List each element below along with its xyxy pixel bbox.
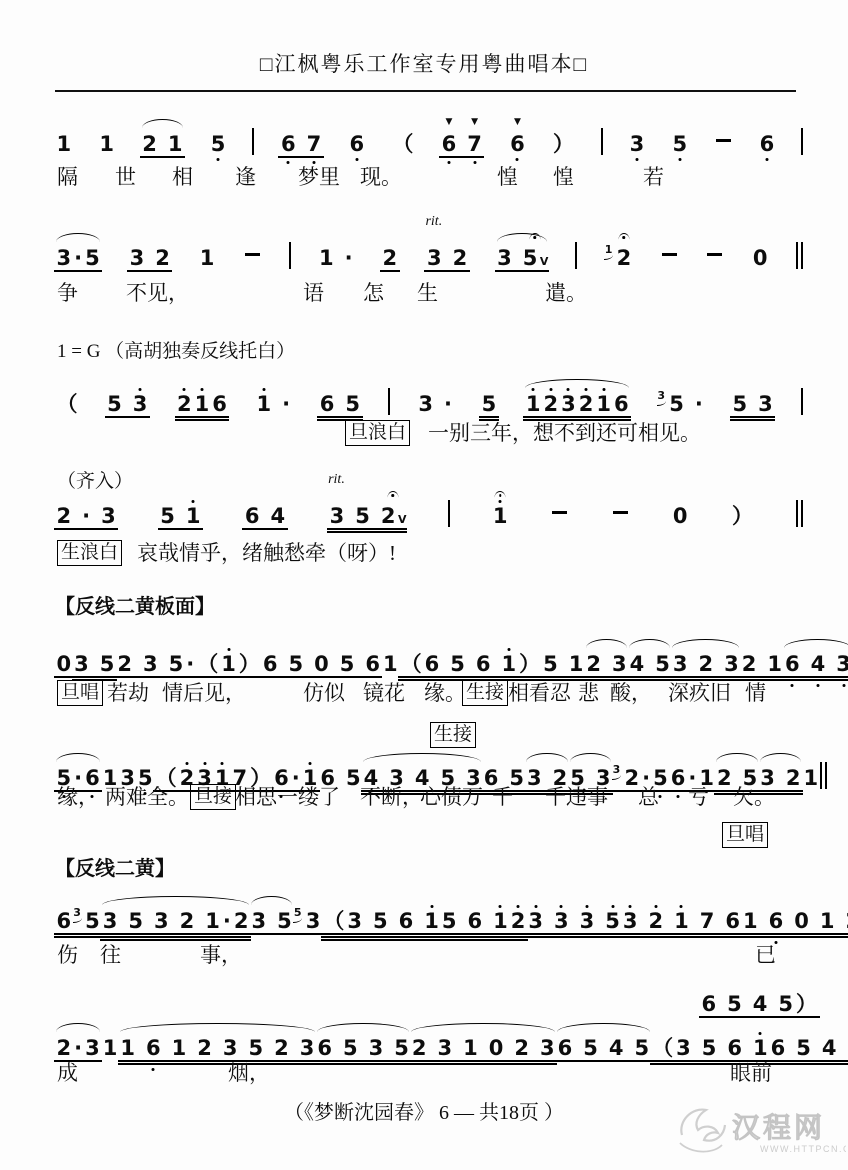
decor: 5: [354, 506, 372, 527]
note-char: 5V: [521, 248, 548, 269]
decor: ·: [442, 394, 453, 415]
lyric: 哀哉情乎，绪触愁牵（呀）!: [137, 540, 396, 566]
note-char: 5: [209, 134, 227, 155]
note-char: 2: [55, 1038, 73, 1059]
slur: [629, 639, 670, 648]
note-char: 3: [250, 911, 268, 932]
barline: [575, 242, 577, 269]
beam-line: [317, 416, 362, 418]
note-char: 6: [348, 134, 366, 155]
decor: 5: [521, 248, 539, 269]
beam-line: [620, 936, 742, 938]
decor: 3: [496, 248, 514, 269]
note-char: 6: [211, 394, 229, 415]
decor: ·: [221, 911, 232, 932]
decor: 1: [119, 1038, 137, 1059]
decor: 3: [142, 654, 160, 675]
decor: 6: [397, 911, 415, 932]
decor: 6: [474, 654, 492, 675]
beam-line: [72, 936, 103, 938]
music-token: [611, 502, 630, 527]
lyric: 欠。: [733, 784, 775, 810]
lyric: 心债万: [420, 784, 483, 810]
slur: [56, 753, 100, 762]
low-octave-dot: [635, 158, 638, 161]
lyric: 生: [417, 280, 438, 306]
decor: （: [55, 394, 79, 415]
watermark-logo-icon: 汉程网 WWW.HTTPCN.COM: [668, 1097, 846, 1161]
page-title: □江枫粤乐工作室专用粤曲唱本□: [0, 48, 848, 78]
note-char: 3: [142, 654, 160, 675]
slur: [557, 1023, 650, 1032]
note-char: 3: [153, 911, 171, 932]
beam-line: [100, 933, 251, 935]
note-char: 5: [542, 654, 560, 675]
decor: 5: [209, 134, 227, 155]
note-char: 2: [176, 394, 194, 415]
music-token: 1: [381, 650, 399, 675]
beam-line: [782, 676, 848, 678]
lyric: 往: [100, 942, 121, 968]
music-token: （6561）: [399, 650, 542, 675]
music-token: rit.352V: [328, 502, 406, 527]
lyric: 千: [492, 784, 513, 810]
note-char: 0: [671, 506, 689, 527]
decor: 2: [273, 1038, 291, 1059]
music-token: 123216: [524, 390, 630, 415]
decor: 2: [451, 248, 469, 269]
lyric: 镜花: [363, 680, 405, 706]
beam-line: [327, 528, 407, 530]
note-char: 1: [101, 1038, 119, 1059]
decor: 5: [371, 911, 389, 932]
decor: 2: [615, 248, 633, 269]
note-char: ）: [237, 654, 261, 675]
decor: 3: [671, 654, 689, 675]
beat-mark: ▼: [514, 118, 521, 127]
music-token: 23: [585, 650, 628, 675]
note-char: 0: [487, 1038, 505, 1059]
watermark-url: WWW.HTTPCN.COM: [760, 1144, 846, 1154]
decor: 3: [436, 1038, 454, 1059]
dash-note: [707, 253, 722, 256]
note-char: 3: [221, 1038, 239, 1059]
decor: ）: [730, 506, 754, 527]
decor: 3: [101, 911, 119, 932]
decor: 7: [466, 134, 484, 155]
note-char: 3: [578, 911, 596, 932]
music-token: 35: [73, 650, 116, 675]
grace-digit: 3: [657, 390, 665, 401]
note-char: 1: [193, 394, 211, 415]
decor: 5: [159, 506, 177, 527]
note-char: [243, 248, 262, 269]
beam-line: [541, 676, 586, 678]
lyrics-line: 隔世相逢梦里现。惶惶若: [0, 164, 848, 192]
fermata: [618, 233, 629, 240]
music-token: 323: [671, 650, 740, 675]
barline: [601, 128, 603, 155]
note-char: 2: [178, 911, 196, 932]
lyrics-line: 争不见，语怎生遣。: [0, 280, 848, 308]
high-octave-dot: [192, 500, 195, 503]
decor: 5: [654, 654, 672, 675]
role-label: 旦浪白: [345, 420, 410, 446]
lyric: 两难全。: [105, 784, 189, 810]
music-token: 32: [128, 244, 171, 269]
beam-line: [100, 939, 251, 941]
decor: 3: [675, 1038, 693, 1059]
lyric: 语: [303, 280, 324, 306]
decor: 6: [556, 1038, 574, 1059]
decor: 3: [628, 134, 646, 155]
note-char: 3: [675, 1038, 693, 1059]
watermark-name: 汉程网: [732, 1112, 825, 1143]
lyric: 酸，: [610, 680, 652, 706]
lyric: 梦里: [298, 164, 340, 190]
lyric: 惶: [553, 164, 574, 190]
note-char: （: [399, 654, 423, 675]
note-char: 2: [141, 134, 159, 155]
slur: [784, 639, 848, 648]
decor: 3: [538, 1038, 556, 1059]
note-char: 6: [769, 1038, 787, 1059]
decor: 1: [595, 394, 613, 415]
music-token: 35·: [657, 390, 705, 415]
decor: 2: [509, 911, 527, 932]
decor: 6: [440, 134, 458, 155]
high-octave-dot: [654, 905, 657, 908]
note-char: 5: [247, 1038, 265, 1059]
note-char: 2: [154, 248, 172, 269]
decor: 2: [647, 911, 665, 932]
note-char: 6▼: [509, 134, 527, 155]
note-char: 2: [577, 394, 595, 415]
lyric: 争: [57, 280, 78, 306]
note-char: ·: [343, 248, 354, 269]
decor: 3: [304, 911, 322, 932]
note-char: 5: [106, 394, 124, 415]
note-char: （: [196, 654, 220, 675]
note-char: 2: [542, 394, 560, 415]
fermata: [387, 491, 398, 498]
lyric: 怎: [363, 280, 384, 306]
note-char: 6: [144, 1038, 162, 1059]
note-char: 3: [346, 911, 364, 932]
decor: 1: [317, 248, 335, 269]
note-char: 2: [381, 248, 399, 269]
decor: 1: [55, 134, 73, 155]
note-char: 6: [783, 654, 801, 675]
note-char: [611, 506, 630, 527]
note-char: 4: [809, 654, 827, 675]
decor: 5: [338, 654, 356, 675]
lyric: 伤: [57, 942, 78, 968]
decor: 5: [167, 654, 185, 675]
high-octave-dot: [517, 905, 520, 908]
note-char: 1: [673, 911, 691, 932]
decor: 3: [621, 911, 639, 932]
note-char: 5: [159, 506, 177, 527]
decor: （: [391, 134, 415, 155]
decor: 3: [560, 394, 578, 415]
note-char: ）: [552, 134, 576, 155]
note-char: 5: [604, 911, 622, 932]
beam-line: [278, 156, 323, 158]
lyric: 缘，: [57, 784, 99, 810]
note-char: 6: [767, 911, 785, 932]
note-char: 5: [167, 654, 185, 675]
low-octave-dot: [217, 158, 220, 161]
note-char: 2: [740, 654, 758, 675]
beam-line: [327, 531, 407, 533]
note-char: 5: [777, 994, 795, 1015]
watermark: 汉程网 WWW.HTTPCN.COM: [668, 1097, 846, 1166]
music-token: 51: [159, 502, 202, 527]
beam-line: [321, 933, 528, 935]
note-char: 2: [647, 911, 665, 932]
low-octave-dot: [516, 158, 519, 161]
high-octave-dot: [183, 388, 186, 391]
role-label: 生接: [462, 680, 508, 706]
decor: 1: [204, 911, 222, 932]
decor: 6: [466, 911, 484, 932]
decor: 2: [55, 506, 73, 527]
music-token: 2: [381, 244, 399, 269]
music-token: （: [55, 390, 79, 415]
note-char: ·: [81, 506, 92, 527]
music-token: 1·: [255, 390, 292, 415]
music-token: （: [391, 130, 415, 155]
lyric: 仿似: [303, 680, 345, 706]
note-char: 3: [436, 1038, 454, 1059]
lyric: 千违事: [545, 784, 608, 810]
music-token: 16123523: [119, 1034, 316, 1059]
music-token: 6▼: [509, 130, 527, 155]
lyric: 世: [115, 164, 136, 190]
decor: 3: [552, 911, 570, 932]
decor: 3: [73, 654, 91, 675]
note-char: 1: [491, 506, 509, 527]
note-char: 1: [317, 248, 335, 269]
note-char: [660, 248, 679, 269]
lyrics-line: 旦浪白一别三年，想不到还可相见。: [0, 420, 848, 448]
decor: 2: [141, 134, 159, 155]
note-char: 3: [100, 506, 118, 527]
beam-line: [398, 676, 543, 678]
note-char: 1: [595, 394, 613, 415]
slur: [120, 1023, 315, 1032]
music-token: 6: [55, 907, 73, 932]
lyric: 情后见，: [162, 680, 246, 706]
music-line: 3·53211·2rit.3235V120: [55, 242, 803, 269]
score-label: 1 = G （高胡独奏反线托白）: [57, 336, 295, 363]
note-char: ·: [281, 394, 292, 415]
decor: 3: [298, 1038, 316, 1059]
note-char: 4: [607, 1038, 625, 1059]
lyric: 情: [745, 680, 766, 706]
header-divider: [55, 90, 796, 92]
decor: 5: [393, 1038, 411, 1059]
music-token: （35616543: [651, 1034, 848, 1059]
high-octave-dot: [560, 905, 563, 908]
lyric: 总: [638, 784, 659, 810]
note-char: 2: [55, 506, 73, 527]
note-char: 5: [654, 654, 672, 675]
note-char: 6: [261, 654, 279, 675]
decor: 4: [751, 994, 769, 1015]
note-char: 5: [371, 911, 389, 932]
note-char: 3: [757, 394, 775, 415]
decor: 1: [101, 1038, 119, 1059]
high-octave-dot: [680, 905, 683, 908]
beam-line: [670, 676, 741, 678]
lyrics-line: 缘，两难全。旦接相思一缕了不断，心债万千千违事总亏欠。: [0, 784, 848, 812]
decor: 6: [318, 394, 336, 415]
note-char: 1: [423, 911, 441, 932]
note-char: （: [55, 394, 79, 415]
beam-line: [72, 933, 103, 935]
note-char: （: [391, 134, 415, 155]
note-char: 7: [305, 134, 323, 155]
note-char: 1: [166, 134, 184, 155]
lyric: 缘。: [424, 680, 466, 706]
high-octave-dot: [567, 388, 570, 391]
note-char: 2: [615, 248, 633, 269]
note-char: 6: [55, 911, 73, 932]
note-char: 2: [451, 248, 469, 269]
lyric: 不断，: [360, 784, 423, 810]
decor: 6: [758, 134, 776, 155]
decor: 5: [344, 394, 362, 415]
high-octave-dot: [602, 388, 605, 391]
note-char: 1: [492, 911, 510, 932]
decor: 1: [491, 506, 509, 527]
dash-note: [245, 253, 260, 256]
beam-line: [439, 156, 484, 158]
low-octave-dot: [765, 158, 768, 161]
lyric: 惶: [497, 164, 518, 190]
music-token: 53: [731, 390, 774, 415]
high-octave-dot: [507, 648, 510, 651]
decor: ·: [693, 394, 704, 415]
music-line: 11215676（6▼7▼6▼）356: [55, 128, 803, 155]
beam-line: [740, 933, 848, 935]
note-char: 6: [612, 394, 630, 415]
music-token: 21: [740, 650, 783, 675]
note-char: 0: [793, 911, 811, 932]
decor: ）: [552, 134, 576, 155]
note-char: 5: [344, 394, 362, 415]
beam-line: [260, 676, 382, 678]
note-char: 1: [567, 654, 585, 675]
note-char: 6: [474, 654, 492, 675]
note-char: ）: [730, 506, 754, 527]
lyric: 已: [755, 942, 776, 968]
decor: （: [322, 911, 346, 932]
slur: [570, 753, 611, 762]
grace-hook: [73, 918, 82, 923]
lyric: 现。: [360, 164, 402, 190]
note-char: 5: [726, 994, 744, 1015]
beam-line: [72, 676, 117, 678]
note-char: ）: [795, 994, 819, 1015]
lyric: 相看忍: [508, 680, 571, 706]
note-char: 4: [820, 1038, 838, 1059]
lyrics-line: 旦唱若劫情后见，仿似镜花缘。生接相看忍悲酸，深疚旧情: [0, 680, 848, 708]
music-token: 6545: [556, 1034, 651, 1059]
note-char: 3: [367, 1038, 385, 1059]
music-token: 1: [98, 130, 116, 155]
beam-line: [739, 676, 784, 678]
note-char: 1: [255, 394, 273, 415]
decor: 5: [668, 394, 686, 415]
note-char: 3: [538, 1038, 556, 1059]
barline: [801, 128, 803, 155]
beam-line: [730, 416, 775, 418]
decor: 2: [844, 911, 848, 932]
beam-line: [321, 939, 528, 941]
music-token: 3·: [417, 390, 454, 415]
music-token: 1·: [317, 244, 354, 269]
beam-line: [292, 933, 323, 935]
high-octave-dot: [262, 388, 265, 391]
beam-line: [526, 933, 623, 935]
decor: 1: [193, 394, 211, 415]
slur: [363, 753, 481, 762]
lyric: 烟，: [228, 1060, 270, 1086]
beam-line: [627, 676, 672, 678]
music-token: 35: [250, 907, 293, 932]
note-char: ·: [442, 394, 453, 415]
grace-note: 3: [612, 764, 621, 780]
decor: 3: [131, 394, 149, 415]
decor: 5: [449, 654, 467, 675]
note-char: 5: [84, 248, 102, 269]
note-char: 1: [98, 134, 116, 155]
high-octave-dot: [585, 388, 588, 391]
note-char: 4: [751, 994, 769, 1015]
music-token: 51: [542, 650, 585, 675]
note-char: 1: [170, 1038, 188, 1059]
high-octave-dot: [185, 762, 188, 765]
lyric: 深疚旧: [668, 680, 731, 706]
note-char: 3: [101, 911, 119, 932]
decor: 6: [279, 134, 297, 155]
note-char: 1: [524, 394, 542, 415]
lyrics-line: 生接: [0, 722, 848, 750]
note-char: 5: [127, 911, 145, 932]
music-token: 2·3: [55, 1034, 101, 1059]
decor: 5: [440, 911, 458, 932]
decor: 5: [127, 911, 145, 932]
beam-line: [699, 1016, 820, 1018]
music-token: 35: [73, 907, 102, 932]
note-char: 5: [341, 1038, 359, 1059]
beam-line: [620, 933, 742, 935]
decor: 3: [425, 248, 443, 269]
decor: 5: [341, 1038, 359, 1059]
decor: 5: [247, 1038, 265, 1059]
decor: ·: [281, 394, 292, 415]
note-char: 3: [496, 248, 514, 269]
decor: 5: [700, 1038, 718, 1059]
lyrics-line: 生浪白哀哉情乎，绪触愁牵（呀）!: [0, 540, 848, 568]
note-char: 2: [697, 654, 715, 675]
high-octave-dot: [200, 388, 203, 391]
note-char: 5: [671, 134, 689, 155]
decor: 6: [55, 911, 73, 932]
